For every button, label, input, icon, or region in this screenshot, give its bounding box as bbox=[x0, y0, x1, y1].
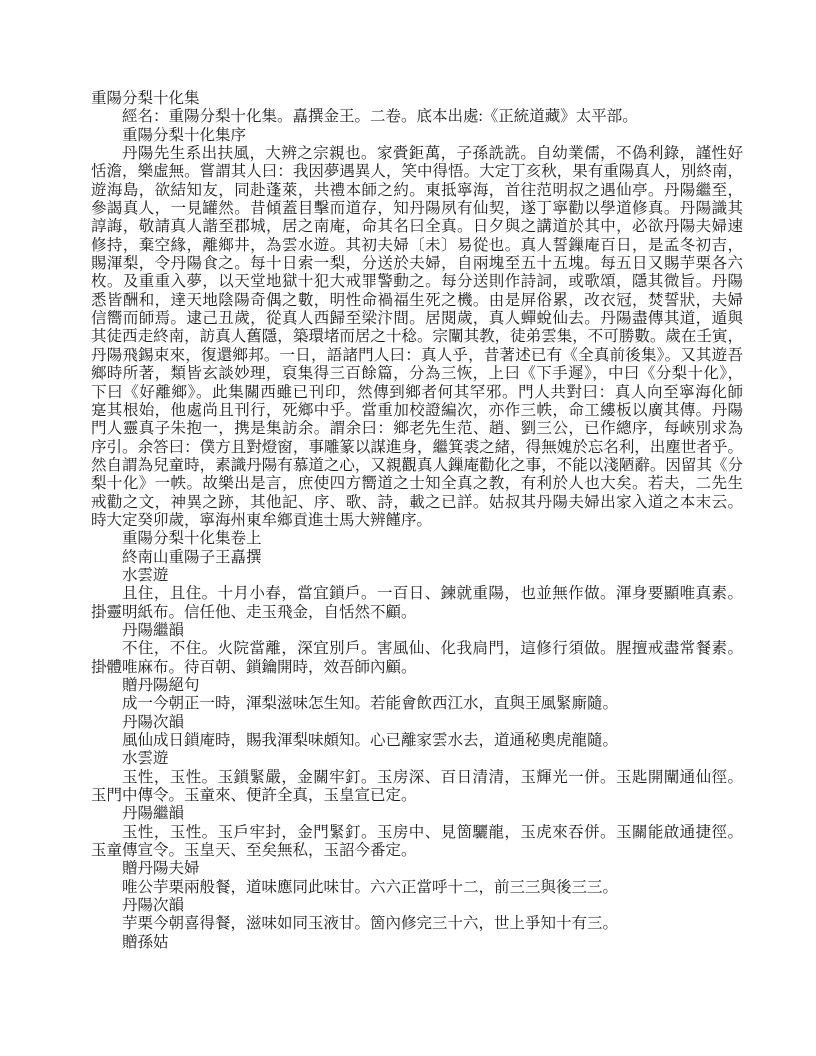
text-line: 風仙成日鎖庵時，賜我渾梨味頗知。心已離家雲水去，道通秘奧虎龍隨。 bbox=[91, 732, 743, 750]
text-line: 恬澹，樂虛無。嘗謂其人曰：我因夢遇異人，笑中得悟。大定丁亥秋，果有重陽真人，別終… bbox=[91, 163, 743, 181]
text-line: 戒勸之文，神異之跡，其他記、序、歌、詩，載之已詳。姑叔其丹陽夫婦出家入道之本末云… bbox=[91, 494, 743, 512]
text-line: 丹陽繼韻 bbox=[91, 622, 743, 640]
text-line: 經名：重陽分梨十化集。嚞撰金王。二卷。底本出處:《正統道藏》太平部。 bbox=[91, 108, 743, 126]
text-line: 唯公芋栗兩般餐，道味應同此味甘。六六正當呼十二，前三三與後三三。 bbox=[91, 879, 743, 897]
text-line: 玉童傳宣令。玉皇天、至矣無私，玉詔今番定。 bbox=[91, 842, 743, 860]
text-line: 重陽分梨十化集序 bbox=[91, 127, 743, 145]
text-line: 贈孫姑 bbox=[91, 934, 743, 952]
text-line: 贈丹陽絕句 bbox=[91, 677, 743, 695]
text-line: 水雲遊 bbox=[91, 567, 743, 585]
text-line: 玉門中傳令。玉童來、便許全真，玉皇宣已定。 bbox=[91, 787, 743, 805]
text-line: 下曰《好離鄉》。此集關西雖已刊印，然傳到鄉者何其罕邪。門人共對曰：真人向至寧海化… bbox=[91, 384, 743, 402]
text-line: 不住，不住。火院當離，深宜別戶。害風仙、化我扃門，這修行須做。腥擅戒盡常餐素。 bbox=[91, 640, 743, 658]
text-line: 遊海島，欲結知友，同赴蓬萊，共禮本師之約。東抵寧海，首往范明叔之遇仙亭。丹陽繼至… bbox=[91, 182, 743, 200]
text-lines: 重陽分梨十化集經名：重陽分梨十化集。嚞撰金王。二卷。底本出處:《正統道藏》太平部… bbox=[91, 90, 743, 952]
text-line: 玉性，玉性。玉戶牢封，金門緊釘。玉房中、見箇驪龍，玉虎來吞併。玉關能啟通捷徑。 bbox=[91, 824, 743, 842]
text-line: 掛靈明紙布。信任他、走玉飛金，自恬然不顧。 bbox=[91, 604, 743, 622]
text-line: 重陽分梨十化集 bbox=[91, 90, 743, 108]
text-line: 丹陽次韻 bbox=[91, 714, 743, 732]
text-line: 門人靈真子朱抱一，携是集訪余。謂余曰：鄉老先生范、趙、劉三公，已作總序，每峽別求… bbox=[91, 420, 743, 438]
text-line: 悉皆酬和，達天地陰陽奇偶之數，明性命禍福生死之機。由是屏俗累，改衣冠，焚誓狀，夫… bbox=[91, 292, 743, 310]
text-line: 梨十化》一帙。故樂出是言，庶使四方嚮道之士知全真之教，有利於人也大矣。若夫，二先… bbox=[91, 475, 743, 493]
text-line: 芋栗今朝喜得餐，滋味如同玉液甘。箇內修完三十六，世上爭知十有三。 bbox=[91, 915, 743, 933]
text-line: 時大定癸卯歲，寧海州東牟鄉貢進士馬大辨饉序。 bbox=[91, 512, 743, 530]
text-line: 枚。及重重入夢，以天堂地獄十犯大戒罪警動之。每分送則作詩詞，或歌頌，隱其微旨。丹… bbox=[91, 273, 743, 291]
text-line: 丹陽飛錫束來，復還鄉邦。一日，語諸門人曰：真人乎，昔著述已有《全真前後集》。又其… bbox=[91, 347, 743, 365]
text-line: 寔其根始，他處尚且刊行，死鄉中乎。當重加校證編次，亦作三帙，命工縷板以廣其傳。丹… bbox=[91, 402, 743, 420]
text-line: 信嚮而師焉。逮己丑歲，從真人西歸至梁汴間。居閱歲，真人蟬蛻仙去。丹陽盡傳其道，遁… bbox=[91, 310, 743, 328]
text-line: 重陽分梨十化集卷上 bbox=[91, 530, 743, 548]
text-line: 其徒西走終南，訪真人舊隱，築環堵而居之十稔。宗闡其教，徒弟雲集，不可勝數。歲在壬… bbox=[91, 328, 743, 346]
text-line: 且住，且住。十月小春，當宜鎖戶。一百日、鍊就重陽，也並無作做。渾身要顯唯真素。 bbox=[91, 585, 743, 603]
text-line: 修持，棄空緣，離鄉井，為雲水遊。其初夫婦〔未〕易從也。真人誓鏁庵百日，是孟冬初吉… bbox=[91, 237, 743, 255]
text-line: 丹陽先生系出扶風，大辨之宗親也。家賫鉅萬，子孫詵詵。自幼業儒，不偽利錄，謹性好 bbox=[91, 145, 743, 163]
text-line: 鄉時所著，類皆玄談妙理，裒集得三百餘篇，分為三恢，上曰《下手遲》，中曰《分梨十化… bbox=[91, 365, 743, 383]
text-line: 諄誨，敬請真人諧至郡城，居之南庵，命其名曰全真。日夕與之講道於其中，必欲丹陽夫婦… bbox=[91, 218, 743, 236]
text-line: 然自謂為兒童時，素識丹陽有慕道之心，又親觀真人鏁庵勸化之事，不能以淺陋辭。因留其… bbox=[91, 457, 743, 475]
text-line: 終南山重陽子王嚞撰 bbox=[91, 549, 743, 567]
text-line: 賜渾梨，令丹陽食之。每十日索一梨，分送於夫婦，自兩塊至五十五塊。每五日又賜芋栗各… bbox=[91, 255, 743, 273]
text-line: 成一今朝正一時，渾梨滋味怎生知。若能會飲西江水，直與王風緊廝隨。 bbox=[91, 695, 743, 713]
text-line: 掛體唯麻布。待百朝、鎖鑰開時，效吾師內顧。 bbox=[91, 659, 743, 677]
text-line: 丹陽次韻 bbox=[91, 897, 743, 915]
text-line: 贈丹陽夫婦 bbox=[91, 860, 743, 878]
text-line: 玉性，玉性。玉鎖緊嚴，金關牢釘。玉房深、百日清清，玉輝光一併。玉匙開闡通仙徑。 bbox=[91, 769, 743, 787]
text-line: 水雲遊 bbox=[91, 750, 743, 768]
text-line: 參謁真人，一見罐然。昔傾蓋目擊而道存，知丹陽夙有仙契，遂丁寧勸以學道修真。丹陽識… bbox=[91, 200, 743, 218]
text-line: 丹陽繼韻 bbox=[91, 805, 743, 823]
text-line: 序引。余答曰：僕方且對燈窗，事雕篆以謀進身，繼箕裘之緒，得無媿於忘名利，出塵世者… bbox=[91, 439, 743, 457]
document-page: 重陽分梨十化集經名：重陽分梨十化集。嚞撰金王。二卷。底本出處:《正統道藏》太平部… bbox=[0, 0, 816, 1056]
